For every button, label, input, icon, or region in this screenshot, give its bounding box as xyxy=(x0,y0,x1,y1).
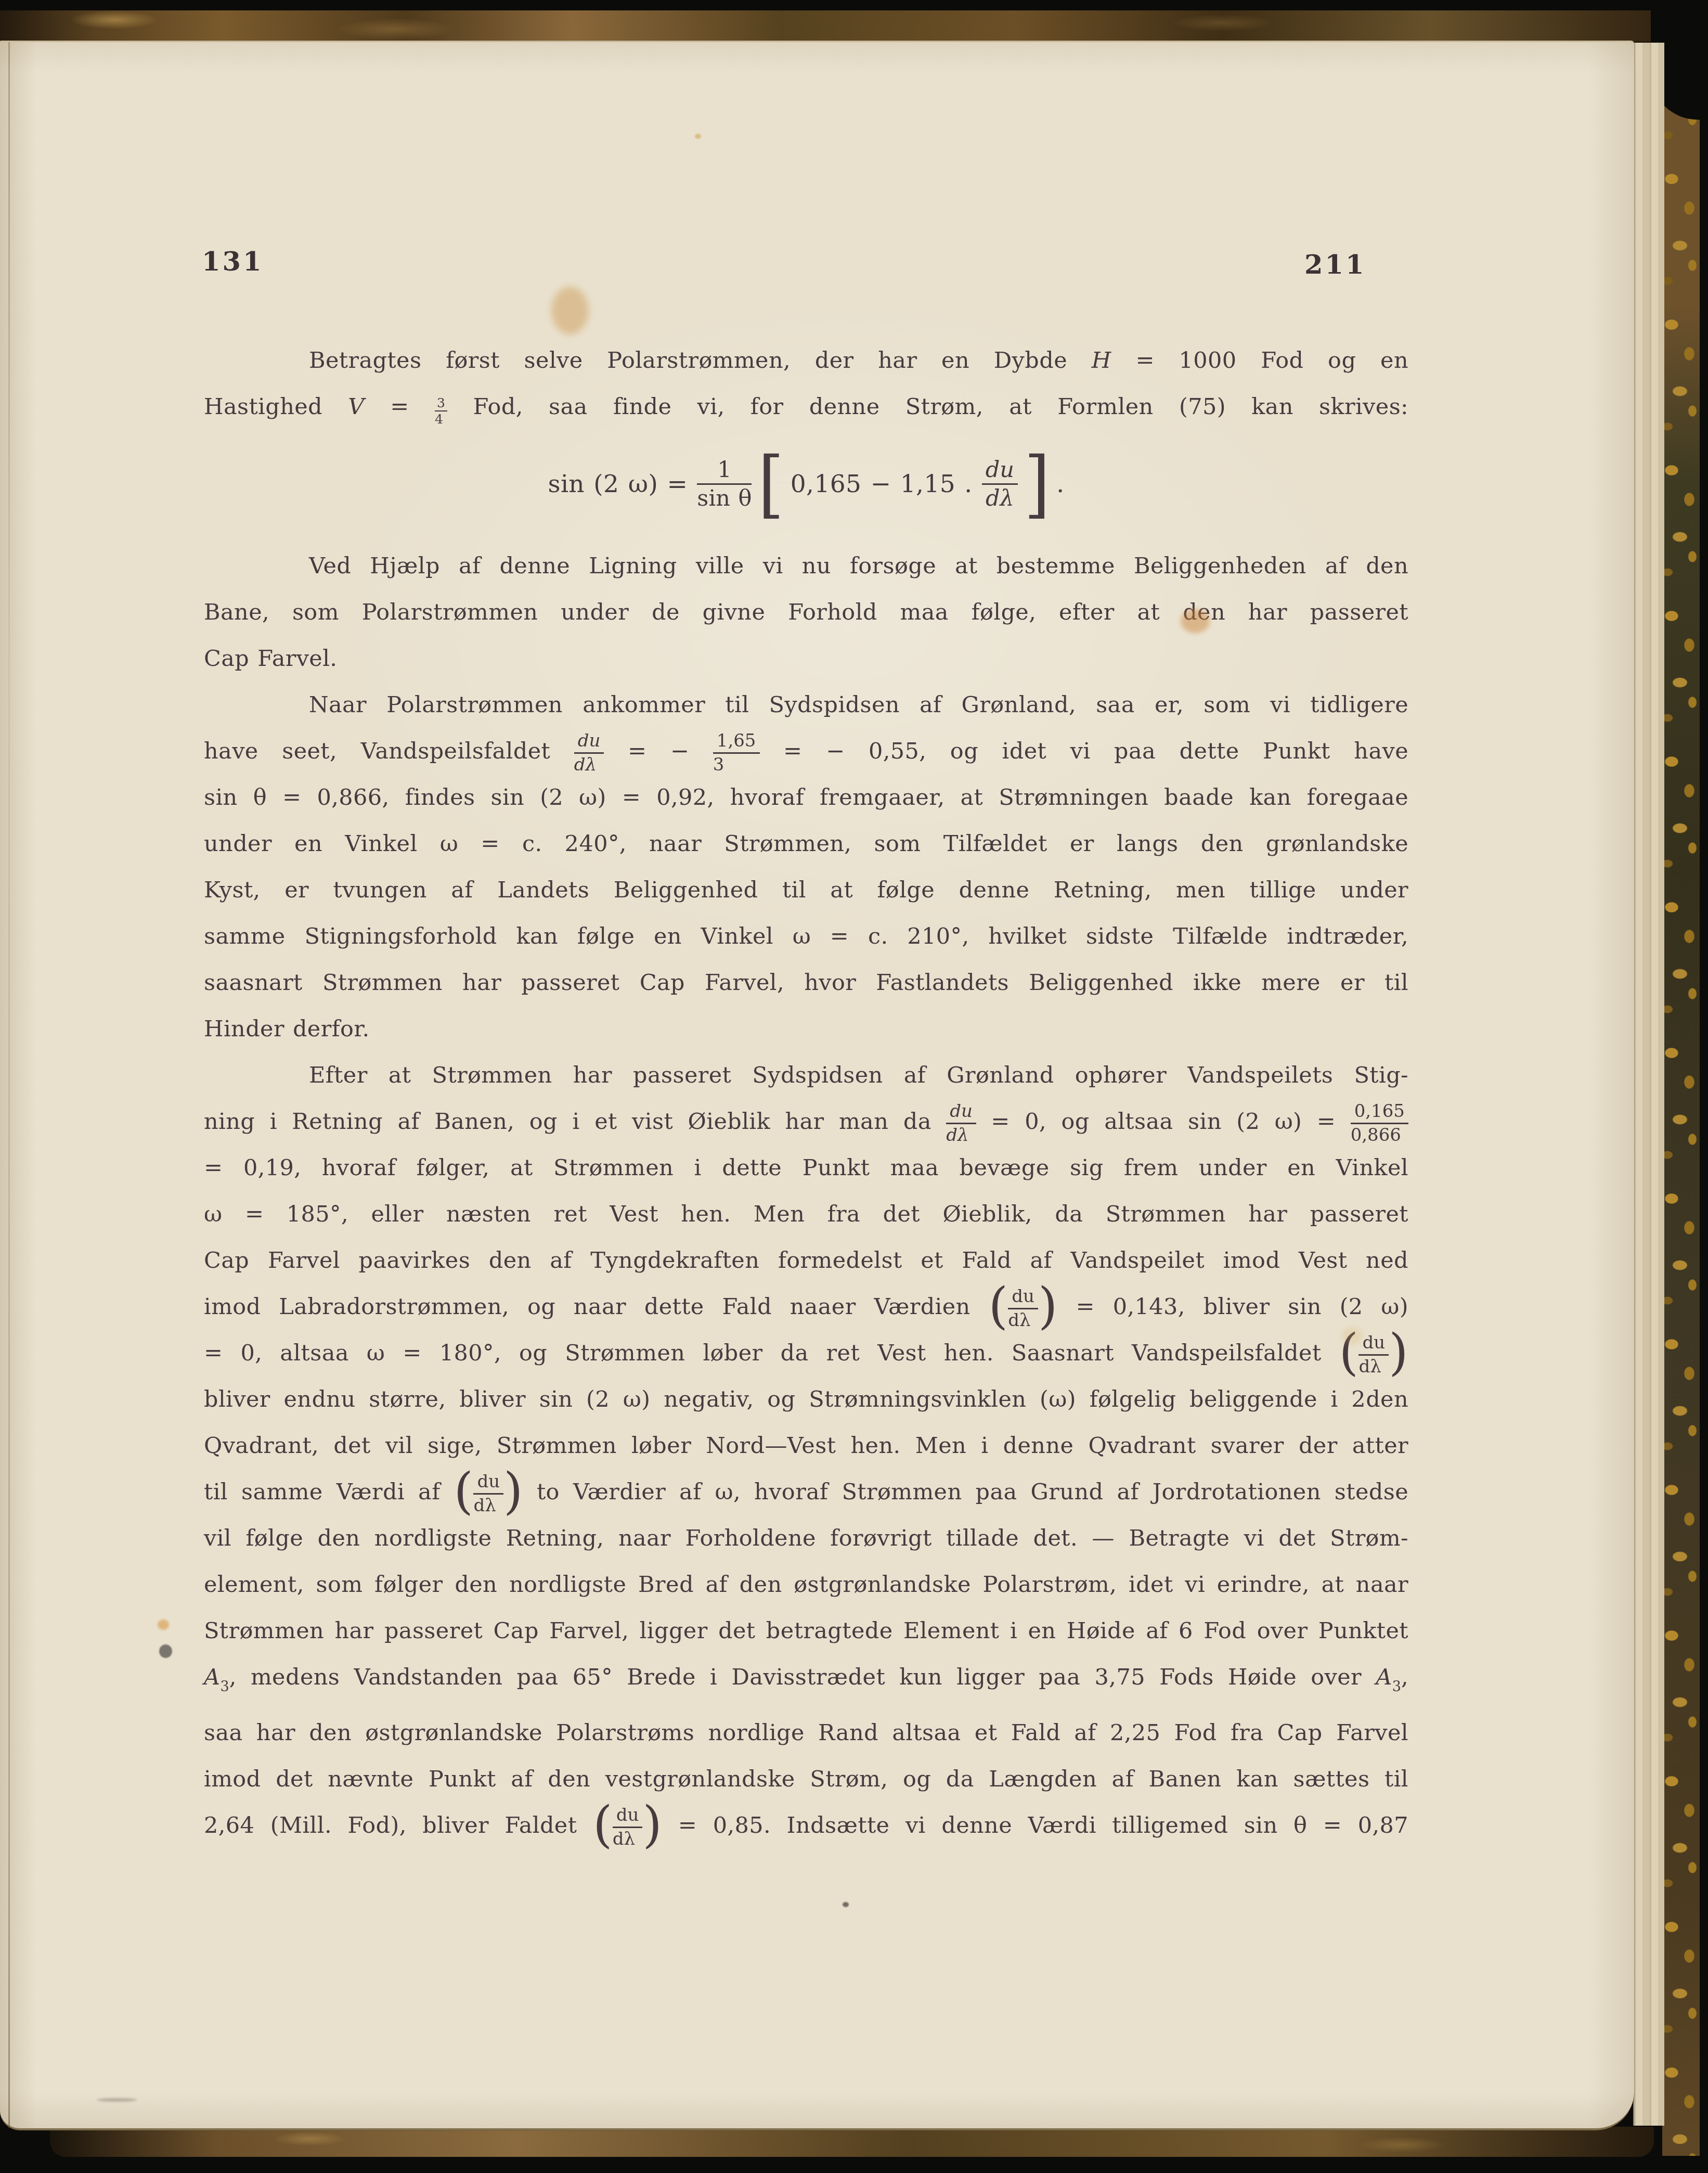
numerator: du xyxy=(613,1806,643,1828)
text-line: Naar Polarstrømmen ankommer til Sydspids… xyxy=(204,682,1408,728)
square-bracket: ] xyxy=(1024,447,1050,521)
text-line: til samme Værdi af (dudλ) to Værdier af … xyxy=(204,1469,1408,1515)
display-formula: sin (2 ω) = 1sin θ[0,165 − 1,15 . dudλ]. xyxy=(204,433,1408,535)
text-line: Cap Farvel paavirkes den af Tyngdekrafte… xyxy=(204,1238,1408,1284)
book-cover-marbled-edge xyxy=(1662,12,1700,2156)
numerator: du xyxy=(473,1472,503,1495)
text-line: Kyst, er tvungen af Landets Beliggenhed … xyxy=(204,867,1408,914)
fraction: dudλ xyxy=(574,731,604,774)
text-line: 2,64 (Mill. Fod), bliver Faldet (dudλ) =… xyxy=(204,1803,1408,1849)
text-line: samme Stigningsforhold kan følge en Vink… xyxy=(204,914,1408,960)
paper-stain xyxy=(695,134,701,139)
fraction: 1,653 xyxy=(713,731,760,774)
numerator: du xyxy=(1358,1333,1389,1356)
numerator: du xyxy=(574,731,604,754)
paper-stain xyxy=(158,1619,169,1630)
denominator: dλ xyxy=(473,1495,503,1515)
formula-text: sin (2 ω) = xyxy=(548,470,688,498)
text-line: A3, medens Vandstanden paa 65° Brede i D… xyxy=(204,1654,1408,1710)
fraction: dudλ xyxy=(1008,1287,1038,1330)
small-fraction: 34 xyxy=(435,396,447,426)
text-line: sin θ = 0,866, findes sin (2 ω) = 0,92, … xyxy=(204,775,1408,821)
fraction: 1sin θ xyxy=(697,458,752,511)
text-line: Bane, som Polarstrømmen under de givne F… xyxy=(204,589,1408,636)
text-line: Qvadrant, det vil sige, Strømmen løber N… xyxy=(204,1423,1408,1469)
text-line: saa har den østgrønlandske Polarstrøms n… xyxy=(204,1710,1408,1756)
fraction: dudλ xyxy=(473,1472,503,1515)
fraction: dudλ xyxy=(982,458,1018,511)
numerator: 0,165 xyxy=(1351,1102,1408,1124)
numerator: du xyxy=(946,1102,976,1124)
text-line: ω = 185°, eller næsten ret Vest hen. Men… xyxy=(204,1191,1408,1238)
paper-stain xyxy=(1181,609,1210,633)
text-line: Ved Hjælp af denne Ligning ville vi nu f… xyxy=(204,543,1408,589)
text-line: imod det nævnte Punkt af den vestgrønlan… xyxy=(204,1756,1408,1803)
denominator: sin θ xyxy=(697,485,752,510)
text-block: Betragtes først selve Polarstrømmen, der… xyxy=(204,338,1408,1849)
numerator: du xyxy=(1008,1287,1038,1309)
book-page: 131 211 Betragtes først selve Polarstrøm… xyxy=(0,41,1634,2130)
fraction: dudλ xyxy=(613,1806,643,1848)
formula-text: 0,165 − 1,15 . xyxy=(791,470,973,498)
paper-stain xyxy=(843,1902,849,1907)
numerator: du xyxy=(982,458,1018,485)
math-variable: A xyxy=(1376,1664,1392,1690)
photo-background: 131 211 Betragtes først selve Polarstrøm… xyxy=(0,0,1708,2173)
text-line: Strømmen har passeret Cap Farvel, ligger… xyxy=(204,1608,1408,1654)
text-line: vil følge den nordligste Retning, naar F… xyxy=(204,1515,1408,1562)
page-stack-edge xyxy=(1633,43,1664,2126)
text-line: = 0,19, hvoraf følger, at Strømmen i det… xyxy=(204,1145,1408,1191)
page-number-left: 131 xyxy=(202,246,263,277)
text-line: bliver endnu større, bliver sin (2 ω) ne… xyxy=(204,1377,1408,1423)
denominator: dλ xyxy=(574,754,604,775)
math-variable: H xyxy=(1092,348,1111,374)
denominator: dλ xyxy=(1008,1309,1038,1330)
text-line: under en Vinkel ω = c. 240°, naar Strømm… xyxy=(204,821,1408,867)
denominator: dλ xyxy=(946,1124,976,1145)
text-line: Betragtes først selve Polarstrømmen, der… xyxy=(204,338,1408,384)
denominator: dλ xyxy=(982,485,1018,510)
denominator: 4 xyxy=(435,412,447,426)
paper-stain xyxy=(551,287,589,335)
text-line: = 0, altsaa ω = 180°, og Strømmen løber … xyxy=(204,1330,1408,1377)
text-line: Hastighed V = 34 Fod, saa finde vi, for … xyxy=(204,384,1408,430)
fraction: dudλ xyxy=(946,1102,976,1145)
math-variable: V xyxy=(348,394,364,420)
text-line: Efter at Strømmen har passeret Sydspidse… xyxy=(204,1052,1408,1099)
denominator: 3 xyxy=(713,754,760,775)
text-line: element, som følger den nordligste Bred … xyxy=(204,1562,1408,1608)
numerator: 1,65 xyxy=(713,731,760,754)
subscript: 3 xyxy=(220,1679,229,1695)
paper-stain xyxy=(159,1644,172,1658)
book-cover-top-edge xyxy=(0,10,1697,44)
paper-stain xyxy=(97,2098,137,2102)
denominator: dλ xyxy=(1358,1356,1389,1377)
numerator: 1 xyxy=(697,458,752,485)
page-number-right: 211 xyxy=(1304,249,1366,280)
book-cover-bottom-edge xyxy=(50,2127,1654,2157)
square-bracket: [ xyxy=(758,447,784,521)
subscript: 3 xyxy=(1392,1679,1401,1695)
denominator: 0,866 xyxy=(1351,1124,1408,1145)
text-line: imod Labradorstrømmen, og naar dette Fal… xyxy=(204,1284,1408,1330)
text-line: saasnart Strømmen har passeret Cap Farve… xyxy=(204,960,1408,1006)
denominator: dλ xyxy=(613,1828,643,1849)
text-line: Cap Farvel. xyxy=(204,636,1408,682)
paper-stain xyxy=(1342,1327,1363,1345)
math-variable: A xyxy=(204,1664,220,1690)
numerator: 3 xyxy=(435,396,447,412)
text-line: Hinder derfor. xyxy=(204,1006,1408,1052)
formula-text: . xyxy=(1056,470,1064,498)
text-line: ning i Retning af Banen, og i et vist Øi… xyxy=(204,1099,1408,1145)
fraction: 0,1650,866 xyxy=(1351,1102,1408,1145)
text-line: have seet, Vandspeilsfaldet dudλ = − 1,6… xyxy=(204,728,1408,775)
fraction: dudλ xyxy=(1358,1333,1389,1376)
